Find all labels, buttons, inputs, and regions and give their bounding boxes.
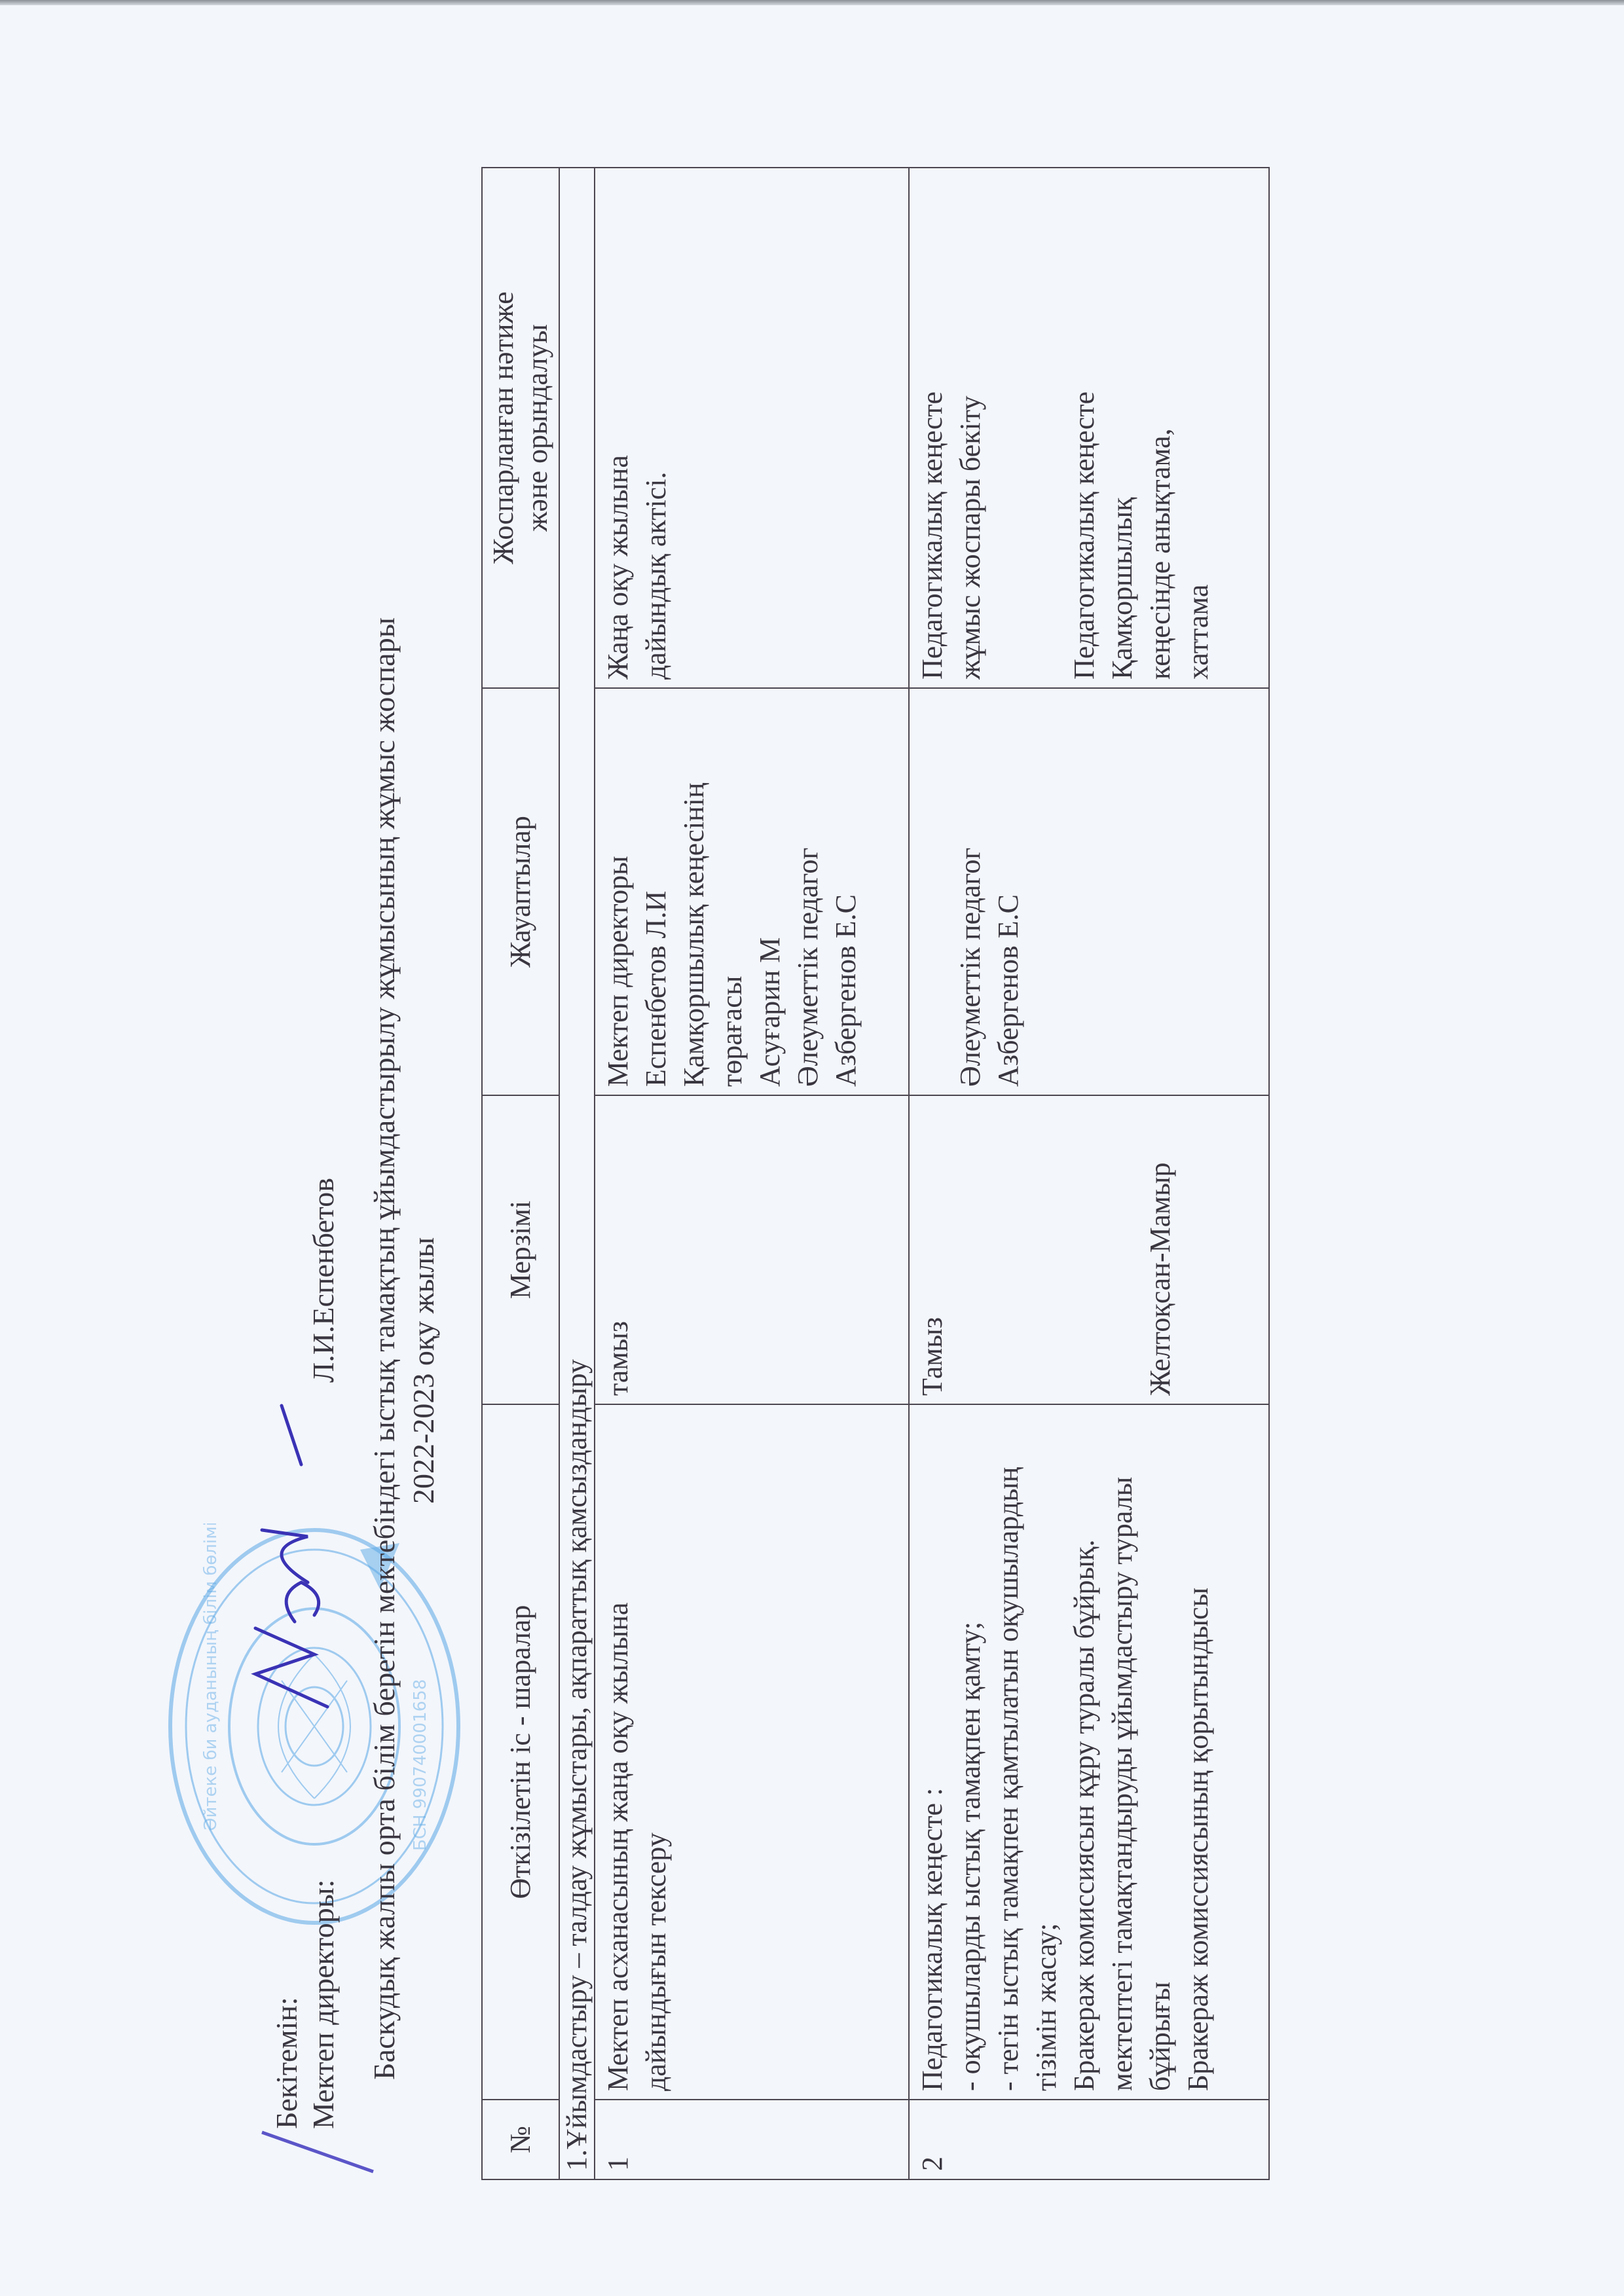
- responsible-line: Әлеуметтік педагог: [789, 697, 827, 1087]
- header-result-line2: және орындалуы: [521, 176, 555, 680]
- section-title: 1.Ұйымдастыру – талдау жұмыстары, ақпара…: [559, 168, 595, 2179]
- activity-line: - тегін ыстық тамақпен қамтылатын оқушыл…: [989, 1413, 1027, 2091]
- header-responsible: Жауаптылар: [482, 688, 559, 1095]
- result-line: дайындық актісі.: [637, 176, 675, 680]
- result-line: хаттама: [1179, 176, 1217, 680]
- approver-name: Л.И.Еспенбетов: [305, 1178, 342, 1383]
- row-number: 1: [595, 2100, 909, 2179]
- document-title: Баскудық жалпы орта білім беретін мектеб…: [367, 617, 401, 2080]
- activity-line: Педагогикалық кеңесте :: [913, 1413, 951, 2091]
- approval-check-mark-icon: [249, 2054, 380, 2185]
- activity-line: - оқушыларды ыстық тамақпен қамту;: [951, 1413, 989, 2091]
- row-result: Педагогикалық кеңесте жұмыс жоспары бекі…: [909, 168, 1269, 688]
- activity-line: мектептегі тамақтандыруды ұйымдастыру ту…: [1103, 1413, 1141, 2091]
- row-activity: Мектеп асханасының жаңа оқу жылына дайын…: [595, 1404, 909, 2100]
- svg-text:БСН 990740001658: БСН 990740001658: [411, 1679, 430, 1851]
- result-line: Қамқоршылық: [1103, 176, 1141, 680]
- activity-line: дайындығын тексеру: [637, 1413, 675, 2091]
- result-line: Педагогикалық кеңесте: [1065, 176, 1103, 680]
- responsible-line: Қамқоршылық кеңесінің: [675, 697, 713, 1087]
- row-responsible: Мектеп директоры Еспенбетов Л.И Қамқоршы…: [595, 688, 909, 1095]
- responsible-line: Әлеуметтік педагог: [951, 697, 989, 1087]
- row-responsible: Әлеуметтік педагог Азбергенов Е.С: [909, 688, 1269, 1095]
- activity-line: тізімін жасау;: [1027, 1413, 1065, 2091]
- section-header-row: 1.Ұйымдастыру – талдау жұмыстары, ақпара…: [559, 168, 595, 2179]
- row-number: 2: [909, 2100, 1269, 2179]
- table-row: 2 Педагогикалық кеңесте : - оқушыларды ы…: [909, 168, 1269, 2179]
- responsible-line: Азбергенов Е.С: [989, 697, 1027, 1087]
- result-line: Педагогикалық кеңесте: [913, 176, 951, 680]
- responsible-line: Асуғарин М: [751, 697, 789, 1087]
- work-plan-table: № Өткізілетін іс - шаралар Мерзімі Жауап…: [481, 167, 1270, 2180]
- school-year: 2022-2023 оқу жылы: [406, 1237, 441, 1504]
- header-result: Жоспарланған нәтиже және орындалуы: [482, 168, 559, 688]
- deadline-line: тамыз: [599, 1104, 637, 1396]
- row-result: Жаңа оқу жылына дайындық актісі.: [595, 168, 909, 688]
- activity-line: Бракераж комиссиясының қорытындысы: [1179, 1413, 1217, 2091]
- deadline-line: Желтоқсан-Мамыр: [1141, 1104, 1179, 1396]
- table-header-row: № Өткізілетін іс - шаралар Мерзімі Жауап…: [482, 168, 559, 2179]
- responsible-line: Мектеп директоры: [599, 697, 637, 1087]
- activity-line: Бракераж комиссиясын құру туралы бұйрық.: [1065, 1413, 1103, 2091]
- table-row: 1 Мектеп асханасының жаңа оқу жылына дай…: [595, 168, 909, 2179]
- responsible-line: Азбергенов Е.С: [827, 697, 865, 1087]
- activity-line: Мектеп асханасының жаңа оқу жылына: [599, 1413, 637, 2091]
- row-deadline: тамыз: [595, 1095, 909, 1404]
- signature-icon: [216, 1379, 373, 1746]
- responsible-line: төрағасы: [713, 697, 751, 1087]
- header-activity: Өткізілетін іс - шаралар: [482, 1404, 559, 2100]
- responsible-line: Еспенбетов Л.И: [637, 697, 675, 1087]
- deadline-line: Тамыз: [913, 1104, 951, 1396]
- header-no: №: [482, 2100, 559, 2179]
- result-line: Жаңа оқу жылына: [599, 176, 637, 680]
- result-line: кеңесінде анықтама,: [1141, 176, 1179, 680]
- document-page: Әйтеке би ауданының білім бөлімі БСН 990…: [0, 0, 1624, 2296]
- header-deadline: Мерзімі: [482, 1095, 559, 1404]
- activity-line: бұйрығы: [1141, 1413, 1179, 2091]
- result-line: жұмыс жоспары бекіту: [951, 176, 989, 680]
- row-activity: Педагогикалық кеңесте : - оқушыларды ыст…: [909, 1404, 1269, 2100]
- header-result-line1: Жоспарланған нәтиже: [487, 176, 521, 680]
- row-deadline: Тамыз Желтоқсан-Мамыр: [909, 1095, 1269, 1404]
